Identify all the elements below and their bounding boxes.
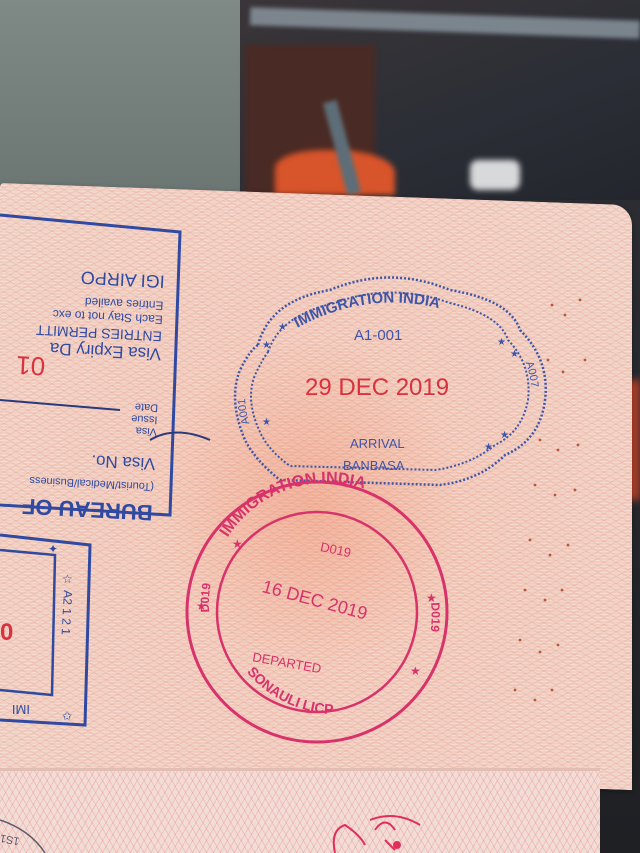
visa-stamp-box: BUREAU OF (Tourist/Medical/Business Visa…: [0, 215, 210, 525]
departure-date: 16 DEC 2019: [260, 576, 370, 623]
star-icon: ★: [262, 340, 271, 351]
visa-label: Visa: [135, 424, 158, 437]
star-icon: ★: [232, 537, 243, 551]
lower-stamp-text: 1S19: [0, 831, 21, 847]
star-icon: ✩: [62, 709, 72, 723]
visa-entries-availed-label: Entries availed: [84, 295, 163, 313]
stamps-layer: BUREAU OF (Tourist/Medical/Business Visa…: [0, 0, 640, 853]
small-stamp-code: A2 1 2 1: [59, 590, 75, 636]
arrival-side-code-right: A007: [523, 360, 540, 388]
star-icon: ★: [484, 442, 493, 453]
small-stamp-fragment: IMI: [12, 702, 30, 717]
visa-airport-label: IGI AIRPO: [80, 267, 165, 291]
star-icon: ★: [426, 591, 437, 605]
lower-page-stamp-fragment: 1S19: [0, 820, 45, 853]
star-icon: ☆: [62, 572, 73, 586]
visa-no-label: Visa No.: [91, 451, 156, 473]
signature-dot: [393, 841, 401, 849]
arrival-side-code-left: A001: [236, 398, 252, 426]
star-icon: ✦: [48, 542, 58, 556]
departure-code: D019: [319, 539, 353, 560]
small-entry-stamp: ✦ ☆ ✩ A2 1 2 1 0 IMI: [0, 535, 90, 725]
star-icon: ★: [510, 349, 519, 360]
handwritten-signature: [334, 816, 420, 853]
visa-bureau-text: BUREAU OF: [21, 494, 153, 526]
arrival-date: 29 DEC 2019: [305, 374, 449, 401]
arrival-location: BANBASA: [343, 458, 405, 473]
star-icon: ★: [410, 664, 421, 678]
visa-number-fragment: 01: [15, 350, 45, 381]
arrival-stamp: IMMIGRATION INDIA A1-001 A001 A007 29 DE…: [235, 278, 546, 486]
small-stamp-number: 0: [0, 619, 13, 646]
star-icon: ★: [500, 430, 509, 441]
arrival-header: IMMIGRATION INDIA: [291, 289, 442, 331]
security-dot-pattern: [514, 299, 587, 702]
departure-side-code-right: D019: [428, 602, 443, 633]
departure-header: IMMIGRATION INDIA: [217, 470, 369, 540]
visa-date-label: Date: [135, 400, 159, 413]
star-icon: ★: [278, 322, 287, 333]
star-icon: ★: [497, 337, 506, 348]
star-icon: ★: [262, 417, 271, 428]
departure-stamp: IMMIGRATION INDIA SONAULI LICP D019 D019…: [187, 470, 447, 742]
visa-type-text: (Tourist/Medical/Business: [29, 474, 155, 493]
star-icon: ★: [196, 599, 207, 613]
arrival-type: ARRIVAL: [350, 436, 405, 451]
visa-signature: [0, 400, 210, 440]
arrival-code: A1-001: [354, 327, 402, 344]
